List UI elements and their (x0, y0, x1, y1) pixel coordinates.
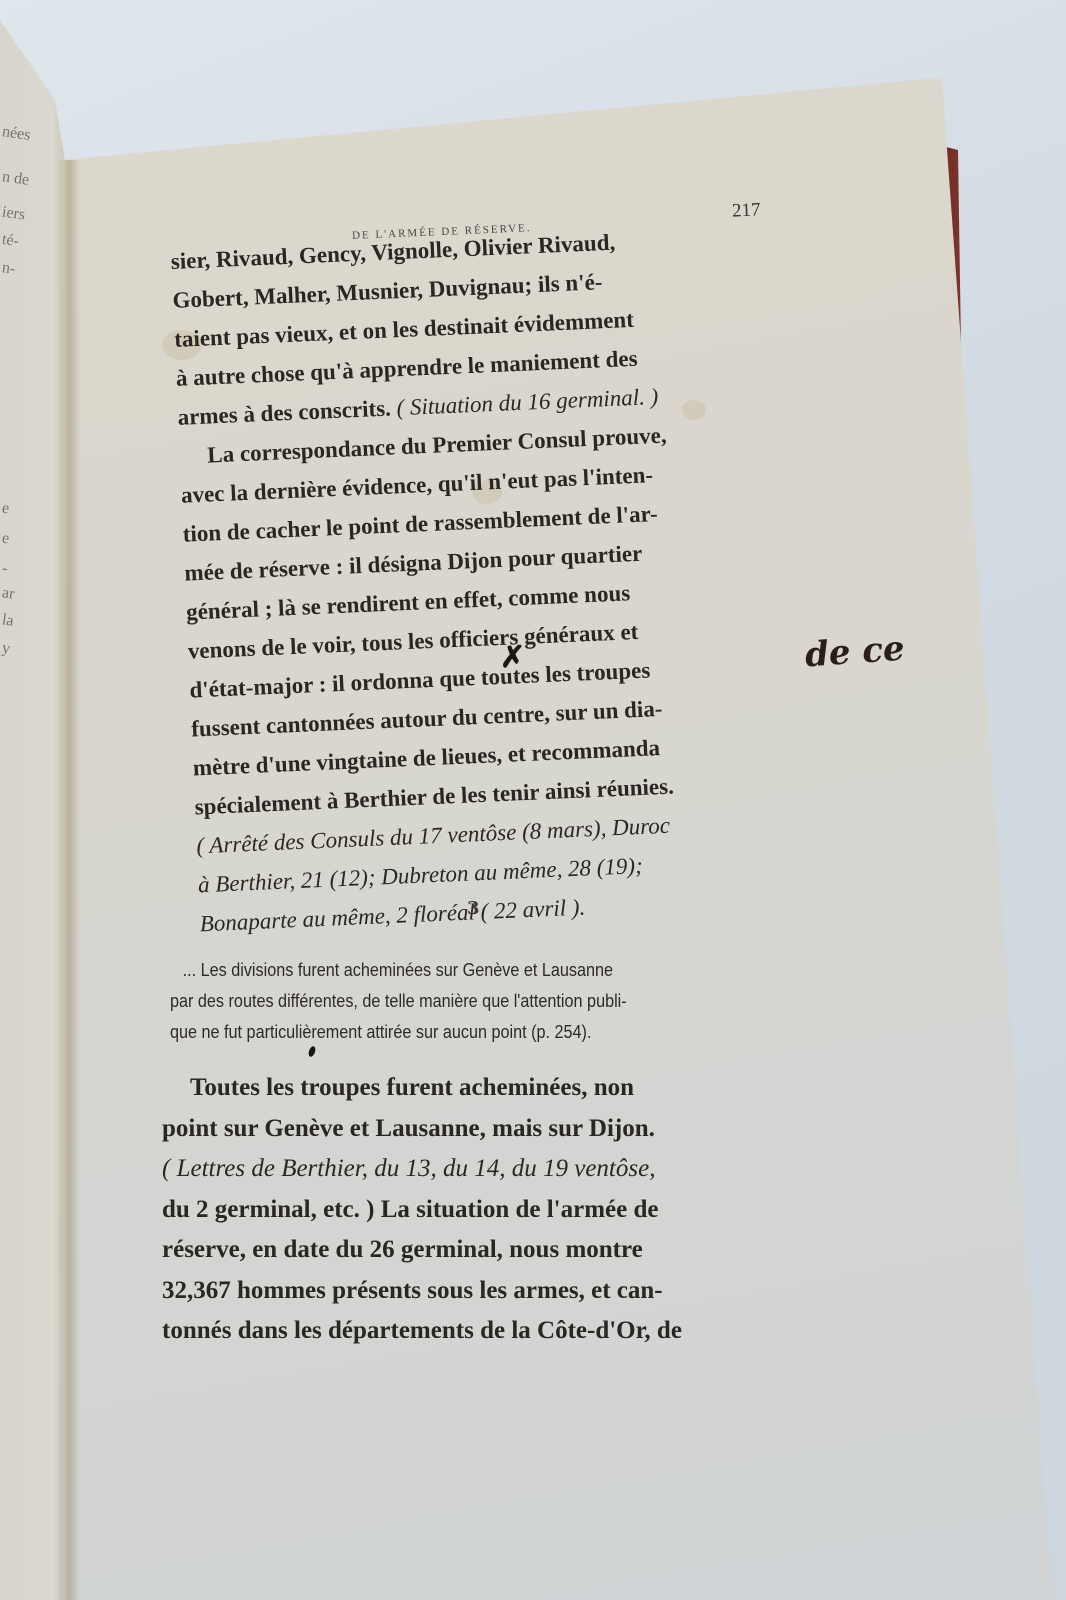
main-text-top: sier, Rivaud, Gency, Vignolle, Olivier R… (170, 215, 820, 943)
left-page-fragment: y (1, 640, 11, 659)
text-line: Toutes les troupes furent acheminées, no… (162, 1068, 812, 1109)
left-page-fragment: n de (1, 168, 30, 190)
left-page-fragment: e (1, 500, 11, 519)
quoted-passage: ... Les divisions furent acheminées sur … (170, 955, 737, 1048)
ink-strike-mark: ✗ (500, 640, 525, 675)
left-page-fragment: nées (1, 123, 32, 145)
text-segment: armes à des conscrits. (177, 396, 391, 430)
citation: ( Situation du 16 germinal. ) (396, 384, 659, 420)
left-page-fragment: iers (1, 203, 26, 224)
left-page-fragment: la (1, 611, 15, 630)
left-page-fragment: - (1, 560, 9, 579)
left-page-fragment: ar (1, 584, 16, 604)
left-page-fragment: té- (1, 231, 20, 251)
text-line: du 2 germinal, etc. ) La situation de l'… (162, 1190, 812, 1231)
handwritten-annotation: de ce (804, 629, 906, 676)
note-number: 3 (467, 898, 480, 919)
main-text-bottom: Toutes les troupes furent acheminées, no… (162, 1068, 812, 1352)
quote-line: que ne fut particulièrement attirée sur … (170, 1017, 737, 1048)
text-line: tonnés dans les départements de la Côte-… (162, 1311, 812, 1352)
left-page-fragment: n- (1, 259, 17, 279)
text-line: point sur Genève et Lausanne, mais sur D… (162, 1109, 812, 1150)
text-line: réserve, en date du 26 germinal, nous mo… (162, 1230, 812, 1271)
quote-line: ... Les divisions furent acheminées sur … (170, 955, 737, 986)
citation-line: ( Lettres de Berthier, du 13, du 14, du … (162, 1149, 812, 1190)
text-line: 32,367 hommes présents sous les armes, e… (162, 1271, 812, 1312)
book-gutter (58, 160, 80, 1600)
quote-line: par des routes différentes, de telle man… (170, 986, 737, 1017)
left-page-fragment: e (1, 530, 11, 549)
